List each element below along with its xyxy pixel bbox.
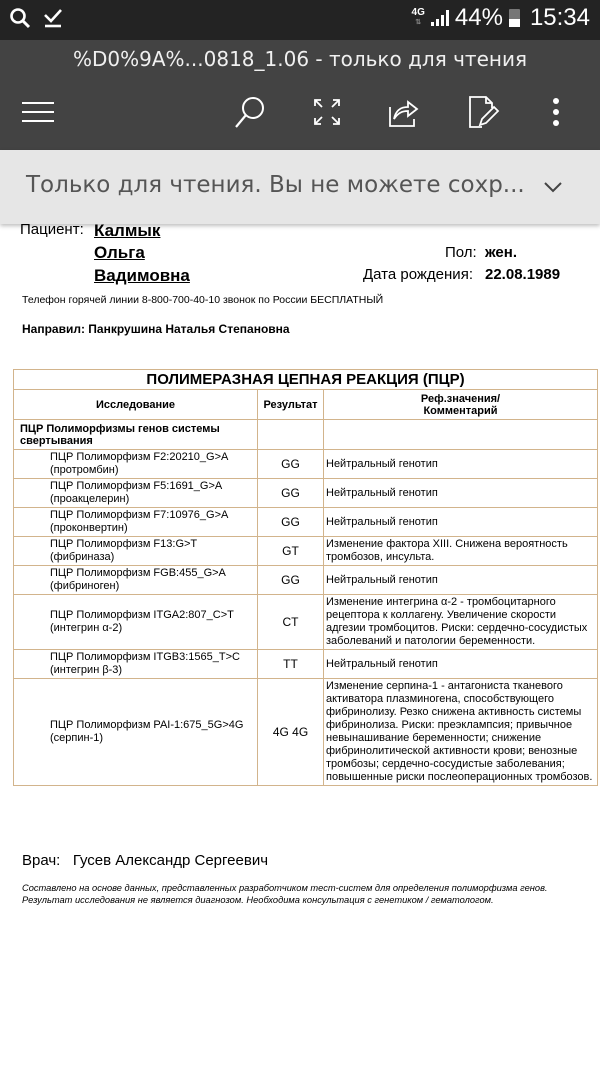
table-row: ПЦР Полиморфизм PAI-1:675_5G>4G(серпин-1…: [14, 679, 598, 786]
search-icon: [232, 94, 268, 130]
chevron-down-icon[interactable]: [540, 174, 566, 200]
study-name: ПЦР Полиморфизм F13:G>T(фибриназа): [14, 537, 258, 566]
read-only-banner[interactable]: Только для чтения. Вы не можете сохр...: [0, 150, 600, 224]
clock: 15:34: [530, 4, 590, 32]
reference-comment: Нейтральный генотип: [324, 479, 598, 508]
dob-label: Дата рождения:: [363, 266, 473, 283]
more-options-button[interactable]: [536, 92, 576, 132]
table-title: ПОЛИМЕРАЗНАЯ ЦЕПНАЯ РЕАКЦИЯ (ПЦР): [14, 370, 598, 390]
disclaimer: Составлено на основе данных, представлен…: [22, 882, 592, 906]
column-header-reference: Реф.значения/ Комментарий: [324, 390, 598, 420]
menu-button[interactable]: [18, 92, 58, 132]
signal-icon: [431, 10, 449, 26]
table-row: ПЦР Полиморфизм F2:20210_G>A(протромбин)…: [14, 450, 598, 479]
result-value: 4G 4G: [258, 679, 324, 786]
document-title: %D0%9A%...0818_1.06 - только для чтения: [0, 47, 600, 71]
more-vert-icon: [551, 97, 561, 127]
reference-comment: Изменение серпина-1 - антагониста тканев…: [324, 679, 598, 786]
reference-comment: Нейтральный генотип: [324, 450, 598, 479]
study-name: ПЦР Полиморфизм ITGA2:807_C>T(интегрин α…: [14, 595, 258, 650]
doctor-label: Врач:: [22, 852, 60, 869]
battery-icon: [509, 9, 520, 27]
table-row: ПЦР Полиморфизм F5:1691_G>A(проакцелерин…: [14, 479, 598, 508]
edit-icon: [466, 94, 500, 130]
group-title: ПЦР Полиморфизмы генов системы свертыван…: [14, 420, 258, 450]
battery-percent: 44%: [455, 4, 503, 32]
study-name: ПЦР Полиморфизм F5:1691_G>A(проакцелерин…: [14, 479, 258, 508]
study-name: ПЦР Полиморфизм F2:20210_G>A(протромбин): [14, 450, 258, 479]
edit-button[interactable]: [463, 92, 503, 132]
fullscreen-button[interactable]: [307, 92, 347, 132]
table-row: ПЦР Полиморфизм ITGA2:807_C>T(интегрин α…: [14, 595, 598, 650]
result-value: CT: [258, 595, 324, 650]
study-name: ПЦР Полиморфизм ITGB3:1565_T>C(интегрин …: [14, 650, 258, 679]
reference-comment: Нейтральный генотип: [324, 566, 598, 595]
sex-label: Пол:: [445, 244, 477, 261]
result-value: GG: [258, 450, 324, 479]
result-value: GG: [258, 508, 324, 537]
table-row: ПЦР Полиморфизм ITGB3:1565_T>C(интегрин …: [14, 650, 598, 679]
patient-first-name: Ольга: [94, 243, 145, 263]
study-name: ПЦР Полиморфизм PAI-1:675_5G>4G(серпин-1…: [14, 679, 258, 786]
table-row: ПЦР Полиморфизм FGB:455_G>A(фибриноген)G…: [14, 566, 598, 595]
share-button[interactable]: [383, 92, 423, 132]
patient-patronymic: Вадимовна: [94, 266, 190, 286]
result-value: GT: [258, 537, 324, 566]
fullscreen-icon: [312, 97, 342, 127]
column-header-result: Результат: [258, 390, 324, 420]
study-name: ПЦР Полиморфизм FGB:455_G>A(фибриноген): [14, 566, 258, 595]
result-value: GG: [258, 566, 324, 595]
status-bar: 4G⇅ 44% 15:34: [0, 0, 600, 40]
referrer: Направил: Панкрушина Наталья Степановна: [22, 322, 290, 336]
reference-comment: Нейтральный генотип: [324, 650, 598, 679]
hotline-text: Телефон горячей линии 8-800-700-40-10 зв…: [22, 294, 383, 306]
dob-value: 22.08.1989: [485, 266, 560, 283]
menu-icon: [20, 100, 56, 124]
table-row: ПЦР Полиморфизм F7:10976_G>A(проконверти…: [14, 508, 598, 537]
doctor-name: Гусев Александр Сергеевич: [73, 852, 268, 869]
result-value: GG: [258, 479, 324, 508]
patient-last-name: Калмык: [94, 221, 160, 241]
download-done-icon: [42, 6, 64, 30]
reference-comment: Изменение фактора XIII. Снижена вероятно…: [324, 537, 598, 566]
study-name: ПЦР Полиморфизм F7:10976_G>A(проконверти…: [14, 508, 258, 537]
sex-value: жен.: [485, 244, 517, 261]
reference-comment: Изменение интегрина α-2 - тромбоцитарног…: [324, 595, 598, 650]
search-icon: [8, 6, 32, 30]
doctor: Врач: Гусев Александр Сергеевич: [22, 852, 268, 869]
share-icon: [386, 95, 420, 129]
read-only-message: Только для чтения. Вы не можете сохр...: [26, 172, 525, 198]
reference-comment: Нейтральный генотип: [324, 508, 598, 537]
table-row: ПЦР Полиморфизм F13:G>T(фибриназа)GTИзме…: [14, 537, 598, 566]
result-value: TT: [258, 650, 324, 679]
app-bar: %D0%9A%...0818_1.06 - только для чтения: [0, 40, 600, 150]
network-type-indicator: 4G⇅: [412, 8, 425, 28]
search-button[interactable]: [230, 92, 270, 132]
pcr-results-table: ПОЛИМЕРАЗНАЯ ЦЕПНАЯ РЕАКЦИЯ (ПЦР) Исслед…: [13, 369, 598, 786]
column-header-study: Исследование: [14, 390, 258, 420]
